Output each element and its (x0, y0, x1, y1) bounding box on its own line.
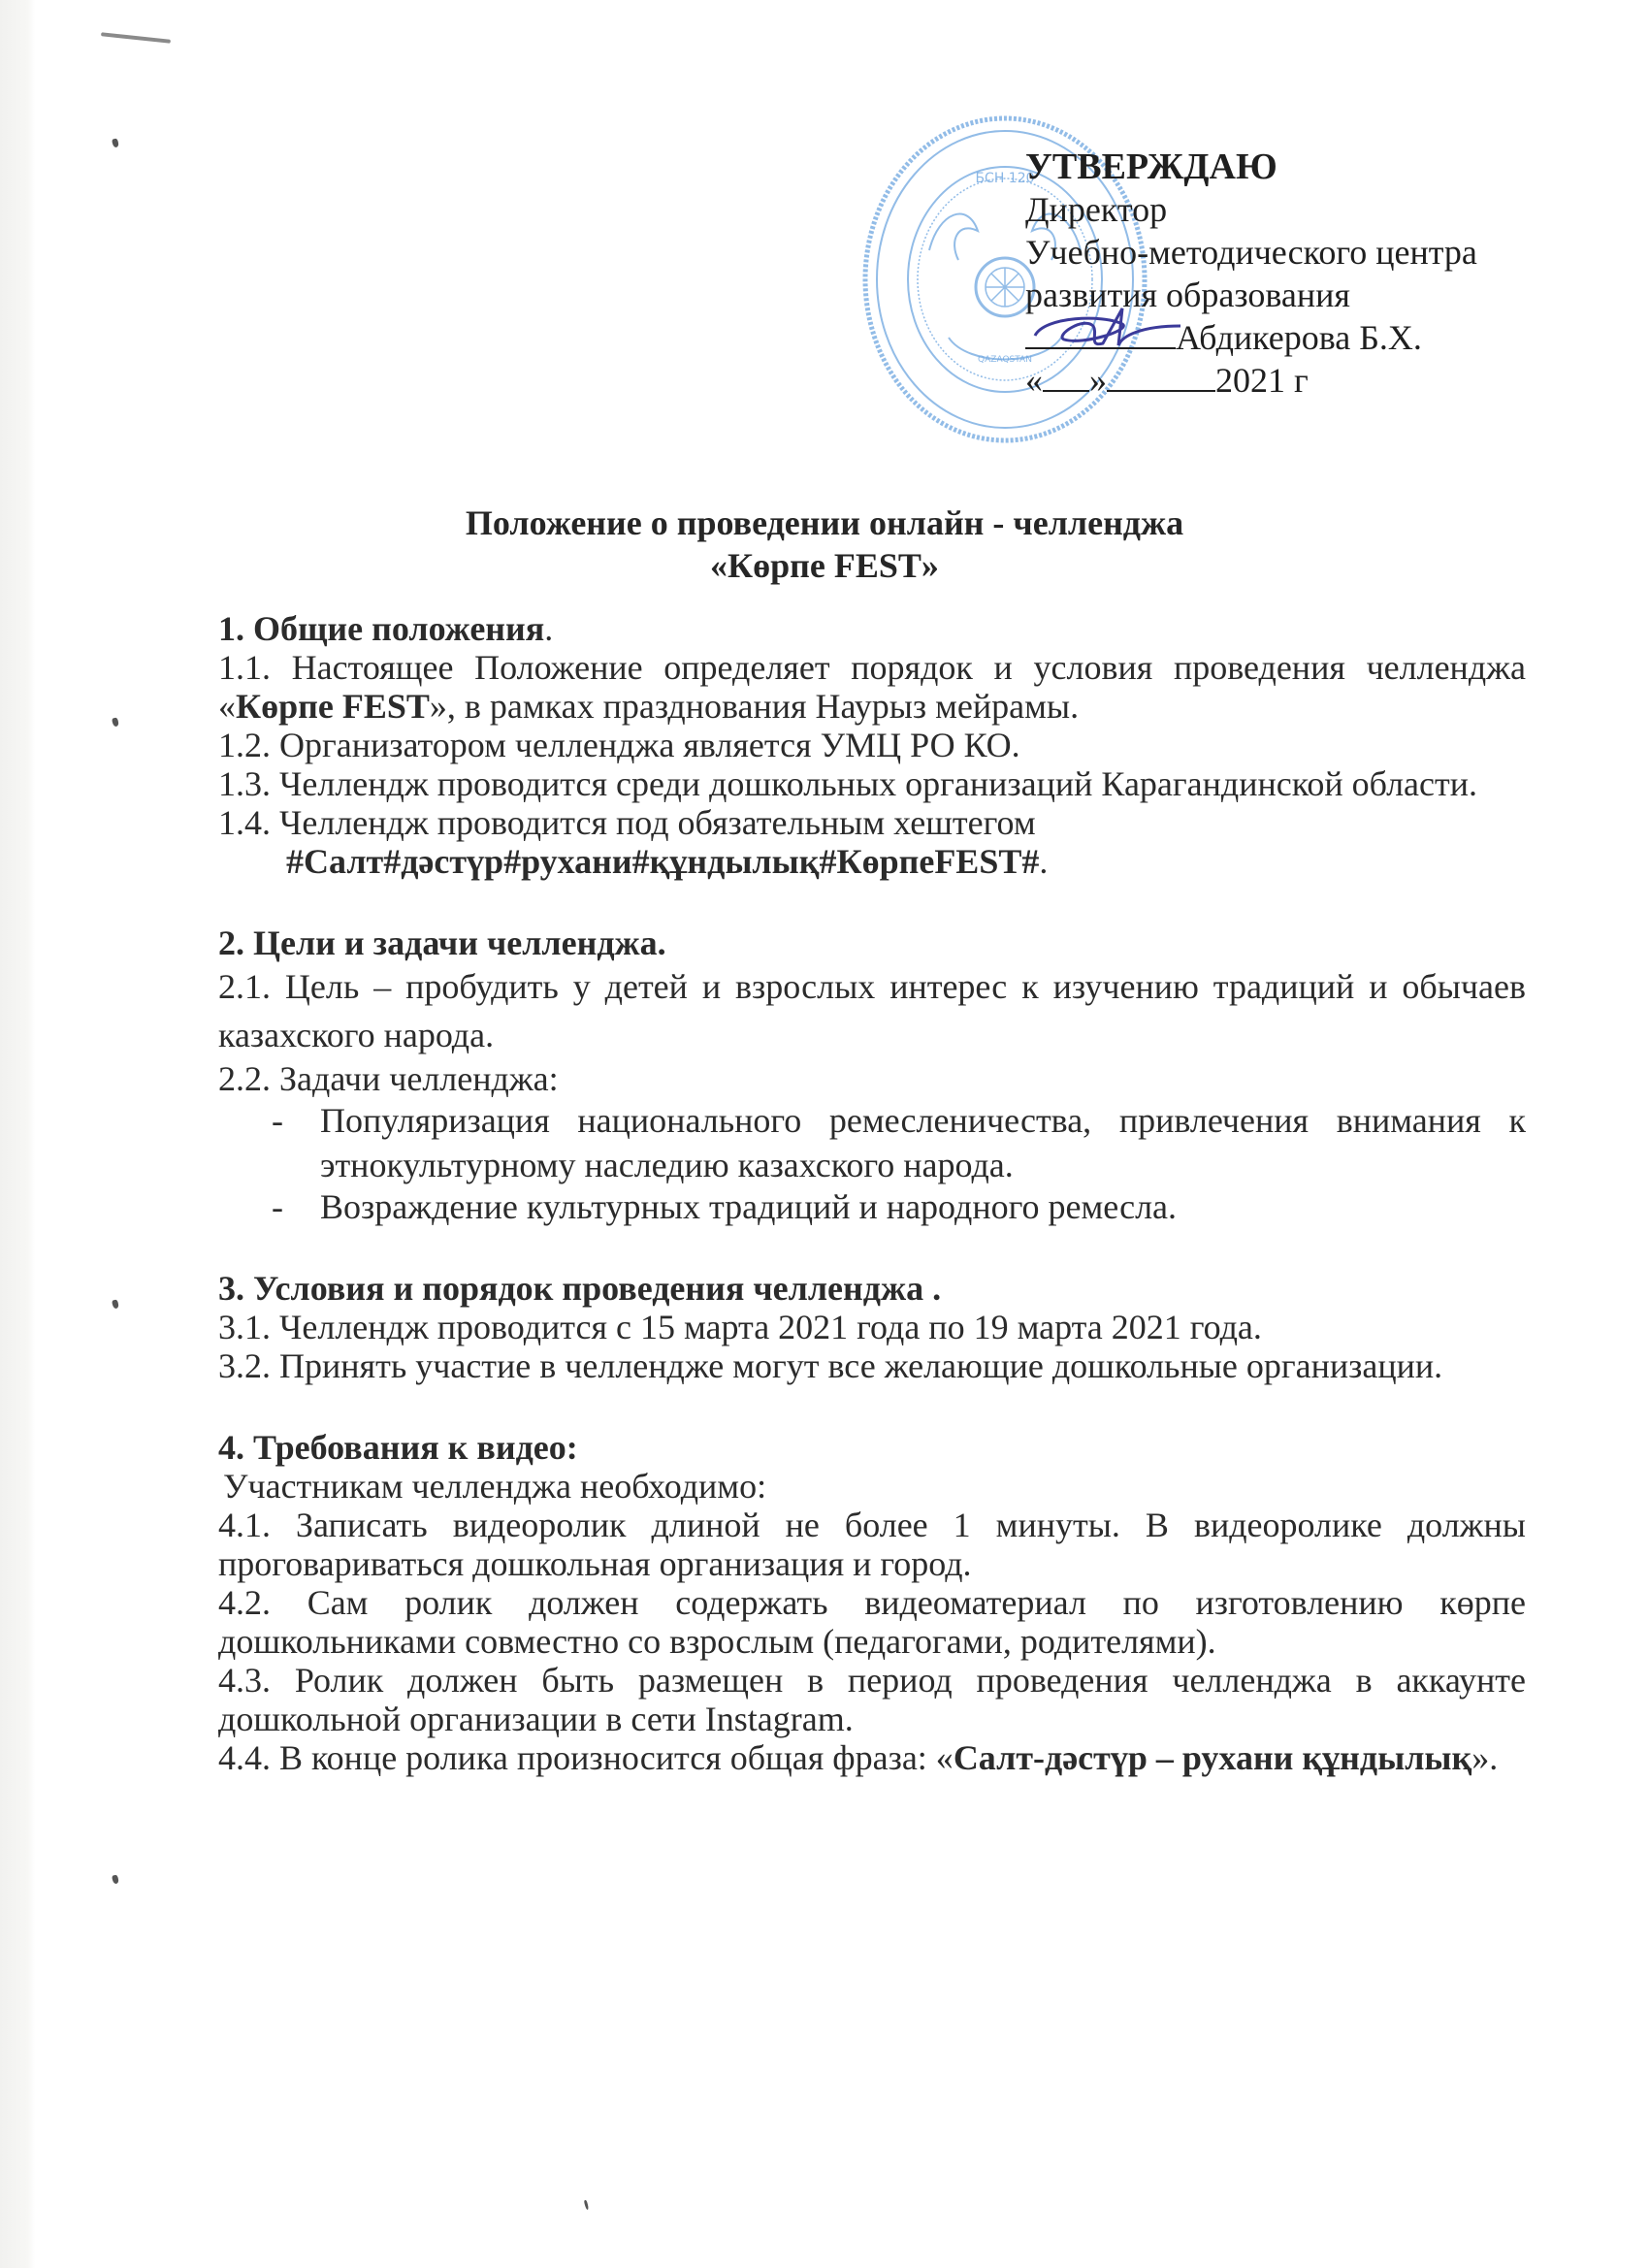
signature-field (1025, 318, 1176, 349)
section-3-heading: 3. Условия и порядок проведения челлендж… (218, 1269, 1526, 1308)
scan-speck (584, 2200, 589, 2210)
list-item: -Популяризация национального ремеслениче… (272, 1098, 1526, 1187)
scan-speck (112, 717, 119, 727)
handwritten-signature-icon (1025, 297, 1190, 355)
clause-4-3: 4.3. Ролик должен быть размещен в период… (218, 1661, 1526, 1738)
clause-1-4: 1.4. Челлендж проводится под обязательны… (218, 803, 1526, 842)
clause-4-1: 4.1. Записать видеоролик длиной не более… (218, 1506, 1526, 1583)
clause-4-2: 4.2. Сам ролик должен содержать видеомат… (218, 1583, 1526, 1661)
section-2-heading: 2. Цели и задачи челленджа. (218, 923, 1526, 962)
scan-speck (112, 1874, 119, 1884)
approval-position: Директор (1025, 188, 1477, 231)
section-4-heading: 4. Требования к видео: (218, 1428, 1526, 1467)
clause-1-3: 1.3. Челлендж проводится среди дошкольны… (218, 764, 1526, 803)
approval-org-line1: Учебно-методического центра (1025, 231, 1477, 274)
clause-2-1: 2.1. Цель – пробудить у детей и взрослых… (218, 962, 1526, 1059)
clause-3-1: 3.1. Челлендж проводится с 15 марта 2021… (218, 1308, 1526, 1346)
svg-text:QAZAQSTAN: QAZAQSTAN (978, 355, 1032, 365)
clause-1-1: 1.1. Настоящее Положение определяет поря… (218, 648, 1526, 726)
scan-artifact-mark (101, 32, 171, 44)
scan-speck (112, 138, 119, 147)
approval-date: «»2021 г (1025, 359, 1477, 402)
approval-year: 2021 г (1215, 361, 1309, 400)
month-blank (1107, 361, 1215, 392)
document-title-line2: «Көрпе FEST» (0, 544, 1649, 587)
document-title-line1: Положение о проведении онлайн - челлендж… (0, 502, 1649, 544)
day-blank (1043, 361, 1089, 392)
clause-1-2: 1.2. Организатором челленджа является УМ… (218, 726, 1526, 764)
scan-edge-shadow (0, 0, 35, 2268)
section-1-heading: 1. Общие положения. (218, 609, 1526, 648)
approval-block: УТВЕРЖДАЮ Директор Учебно-методического … (1025, 146, 1477, 402)
scan-speck (112, 1299, 119, 1309)
clause-3-2: 3.2. Принять участие в челлендже могут в… (218, 1346, 1526, 1385)
tasks-list: -Популяризация национального ремеслениче… (218, 1098, 1526, 1226)
section-4-intro: Участникам челленджа необходимо: (218, 1467, 1526, 1506)
approval-name: Абдикерова Б.Х. (1176, 318, 1422, 357)
hashtag: #Салт#дәстүр#рухани#құндылық#КөрпеFEST#. (218, 842, 1526, 881)
approval-title: УТВЕРЖДАЮ (1025, 146, 1477, 188)
clause-4-4: 4.4. В конце ролика произносится общая ф… (218, 1738, 1526, 1777)
list-item: -Возраждение культурных традиций и народ… (272, 1187, 1526, 1226)
signature-line: Абдикерова Б.Х. (1025, 316, 1477, 359)
document-title: Положение о проведении онлайн - челлендж… (0, 502, 1649, 587)
clause-2-2: 2.2. Задачи челленджа: (218, 1059, 1526, 1098)
document-body: 1. Общие положения. 1.1. Настоящее Полож… (218, 609, 1526, 1777)
